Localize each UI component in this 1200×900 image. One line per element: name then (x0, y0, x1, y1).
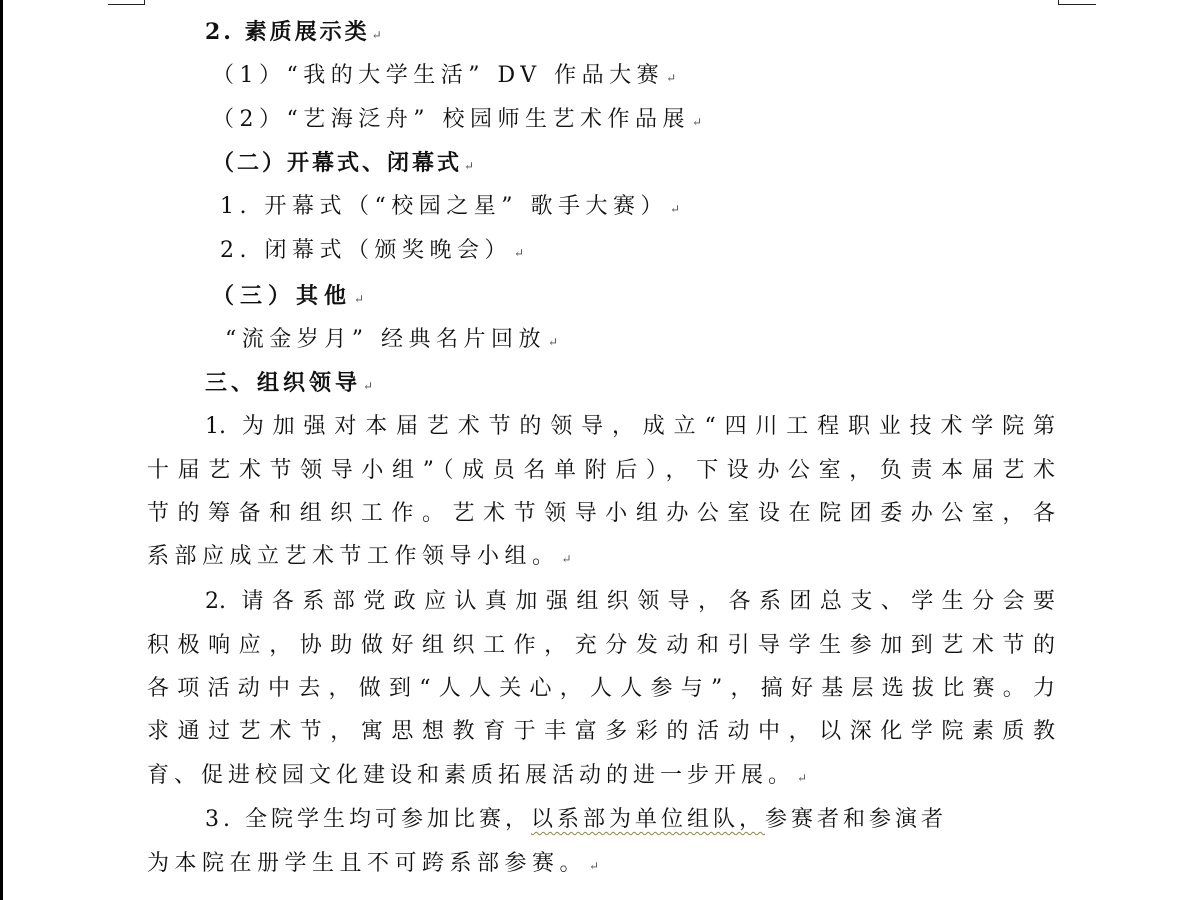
paragraph-mark-icon: ↵ (797, 771, 807, 785)
line-text: 2. 闭幕式（颁奖晚会） (220, 238, 512, 263)
line-text: 育、促进校园文化建设和素质拓展活动的进一步开展。 (147, 763, 795, 788)
paragraph-mark-icon: ↵ (514, 246, 524, 260)
heading-others[interactable]: （三）其他↵ (212, 281, 364, 311)
grammar-check-underline[interactable]: 以系部为单位组队， (531, 807, 765, 832)
paragraph-1-line-3[interactable]: 节的筹备和组织工作。艺术节领导小组办公室设在院团委办公室，各 (147, 499, 1055, 529)
heading-organization-leadership[interactable]: 三、组织领导↵ (205, 368, 373, 398)
paragraph-1-line-4[interactable]: 系部应成立艺术节工作领导小组。↵ (147, 542, 572, 572)
list-item-classic-films[interactable]: “流金岁月” 经典名片回放↵ (225, 325, 558, 355)
line-text: （二）开幕式、闭幕式 (212, 150, 462, 176)
heading-opening-closing[interactable]: （二）开幕式、闭幕式↵ (212, 148, 474, 178)
line-text: 节的筹备和组织工作。艺术节领导小组办公室设在院团委办公室，各 (147, 501, 1055, 526)
line-text: 1. 为加强对本届艺术节的领导，成立“四川工程职业技术学院第 (205, 414, 1055, 439)
line-text: 2. 素质展示类 (205, 19, 370, 45)
paragraph-mark-icon: ↵ (354, 292, 364, 306)
paragraph-1-line-1[interactable]: 1. 为加强对本届艺术节的领导，成立“四川工程职业技术学院第 (205, 412, 1055, 442)
list-item-closing-ceremony[interactable]: 2. 闭幕式（颁奖晚会）↵ (220, 236, 524, 266)
list-item-opening-ceremony[interactable]: 1. 开幕式（“校园之星” 歌手大赛）↵ (220, 192, 680, 222)
line-text: 三、组织领导 (205, 370, 361, 396)
paragraph-mark-icon: ↵ (666, 71, 676, 85)
top-right-crop-mark (1058, 0, 1096, 5)
paragraph-2-line-2[interactable]: 积极响应，协助做好组织工作，充分发动和引导学生参加到艺术节的 (147, 631, 1055, 661)
line-text: 求通过艺术节，寓思想教育于丰富多彩的活动中，以深化学院素质教 (147, 719, 1055, 744)
line-text: 为本院在册学生且不可跨系部参赛。 (147, 851, 587, 876)
paragraph-3-line-1[interactable]: 3. 全院学生均可参加比赛，以系部为单位组队，参赛者和参演者 (205, 805, 947, 835)
paragraph-2-line-3[interactable]: 各项活动中去，做到“人人关心，人人参与”，搞好基层选拔比赛。力 (147, 674, 1055, 704)
list-item-art-exhibition[interactable]: （2）“艺海泛舟” 校园师生艺术作品展↵ (212, 105, 702, 135)
paragraph-mark-icon: ↵ (670, 202, 680, 216)
line-text: （1）“我的大学生活” DV 作品大赛 (212, 63, 664, 88)
line-text: 3. 全院学生均可参加比赛， (205, 807, 531, 832)
paragraph-2-line-4[interactable]: 求通过艺术节，寓思想教育于丰富多彩的活动中，以深化学院素质教 (147, 717, 1055, 747)
line-text: （2）“艺海泛舟” 校园师生艺术作品展 (212, 107, 690, 132)
paragraph-1-line-2[interactable]: 十届艺术节领导小组”（成员名单附后），下设办公室，负责本届艺术 (147, 456, 1055, 486)
page-left-border (0, 0, 3, 900)
paragraph-mark-icon: ↵ (692, 115, 702, 129)
paragraph-mark-icon: ↵ (548, 335, 558, 349)
paragraph-mark-icon: ↵ (562, 552, 572, 566)
paragraph-3-line-2[interactable]: 为本院在册学生且不可跨系部参赛。↵ (147, 849, 599, 879)
line-text: 各项活动中去，做到“人人关心，人人参与”，搞好基层选拔比赛。力 (147, 676, 1055, 701)
line-text: 积极响应，协助做好组织工作，充分发动和引导学生参加到艺术节的 (147, 633, 1055, 658)
top-left-crop-mark (108, 0, 145, 5)
list-item-dv-contest[interactable]: （1）“我的大学生活” DV 作品大赛↵ (212, 61, 676, 91)
paragraph-mark-icon: ↵ (589, 859, 599, 873)
line-text: “流金岁月” 经典名片回放 (225, 327, 546, 352)
line-text: 1. 开幕式（“校园之星” 歌手大赛） (220, 194, 668, 219)
heading-quality-showcase[interactable]: 2. 素质展示类↵ (205, 17, 382, 47)
paragraph-mark-icon: ↵ (464, 159, 474, 173)
line-text: 系部应成立艺术节工作领导小组。 (147, 544, 560, 569)
paragraph-mark-icon: ↵ (363, 379, 373, 393)
line-text: 参赛者和参演者 (765, 807, 947, 832)
paragraph-mark-icon: ↵ (372, 28, 382, 42)
line-text: 十届艺术节领导小组”（成员名单附后），下设办公室，负责本届艺术 (147, 458, 1055, 483)
paragraph-2-line-1[interactable]: 2. 请各系部党政应认真加强组织领导，各系团总支、学生分会要 (205, 587, 1055, 617)
line-text: 2. 请各系部党政应认真加强组织领导，各系团总支、学生分会要 (205, 589, 1055, 614)
line-text: （三）其他 (212, 283, 352, 309)
paragraph-2-line-5[interactable]: 育、促进校园文化建设和素质拓展活动的进一步开展。↵ (147, 761, 807, 791)
